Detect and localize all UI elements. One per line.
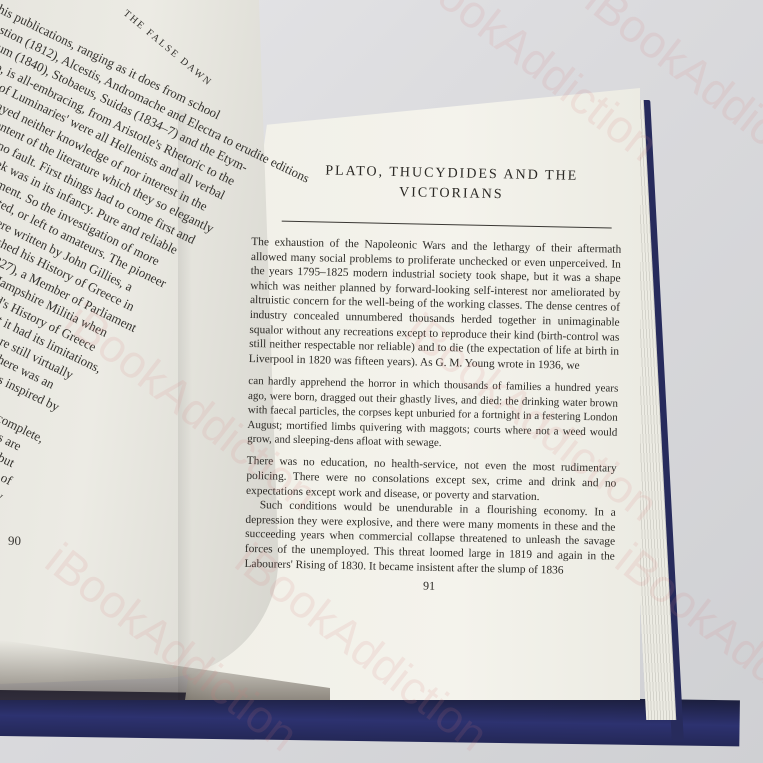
paragraph-2: There was no education, no health-servic… [246, 454, 617, 506]
right-page-text: PLATO, THUCYDIDES AND THE VICTORIANS The… [244, 160, 623, 598]
block-quote: can hardly apprehend the horror in which… [247, 374, 618, 454]
chapter-title: PLATO, THUCYDIDES AND THE VICTORIANS [280, 161, 623, 208]
title-rule [282, 221, 612, 229]
paragraph-1: The exhaustion of the Napoleonic Wars an… [249, 235, 622, 374]
paragraph-3: Such conditions would be unendurable in … [244, 498, 615, 579]
page-number-left: 90 [8, 533, 21, 549]
